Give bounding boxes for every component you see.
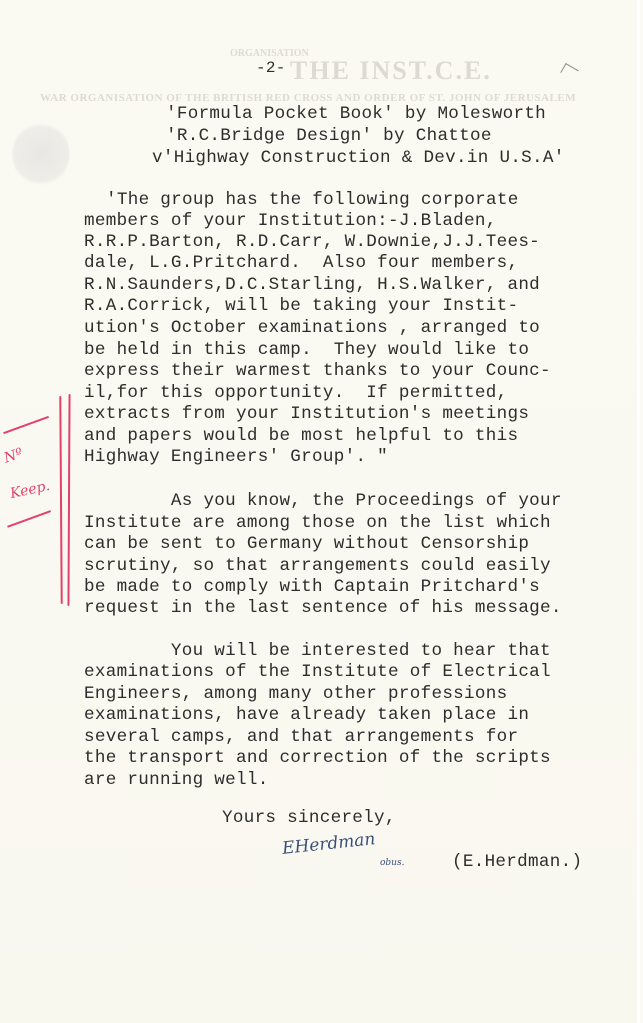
check-mark-icon: [560, 63, 578, 80]
bleed-through-seal-icon: [12, 120, 70, 188]
paragraph-1-line: members of your Institution:-J.Bladen,: [84, 211, 497, 231]
page-number: -2-: [256, 58, 286, 78]
paragraph-1-line: R.N.Saunders,D.C.Starling, H.S.Walker, a…: [84, 275, 540, 295]
paragraph-3-line: examinations of the Institute of Electri…: [84, 662, 551, 682]
margin-note: Nº: [2, 445, 25, 466]
handwritten-signature: EHerdman: [281, 829, 376, 859]
book-list-item: 'Formula Pocket Book' by Molesworth: [166, 104, 546, 124]
paragraph-1-line: extracts from your Institution's meeting…: [84, 404, 529, 424]
bleed-through-letterhead-line: WAR ORGANISATION OF THE BRITISH RED CROS…: [40, 92, 576, 104]
paragraph-3-line: the transport and correction of the scri…: [84, 748, 551, 768]
margin-red-line: [67, 394, 70, 606]
paragraph-2-line: request in the last sentence of his mess…: [84, 598, 562, 618]
paragraph-2-line: As you know, the Proceedings of your: [84, 491, 562, 511]
paragraph-3-line: examinations, have already taken place i…: [84, 705, 529, 725]
paragraph-1-line: express their warmest thanks to your Cou…: [84, 361, 551, 381]
paragraph-1-line: 'The group has the following corporate: [106, 190, 519, 210]
paragraph-2-line: be made to comply with Captain Pritchard…: [84, 577, 540, 597]
closing-salutation: Yours sincerely,: [222, 808, 396, 828]
paragraph-3-line: Engineers, among many other professions: [84, 684, 507, 704]
book-list-item: 'R.C.Bridge Design' by Chattoe: [166, 126, 492, 146]
letter-page: ORGANISATION THE INST.C.E. WAR ORGANISAT…: [0, 0, 640, 1023]
paragraph-3-line: several camps, and that arrangements for: [84, 727, 518, 747]
signatory-name: (E.Herdman.): [452, 852, 582, 872]
margin-red-stroke: [3, 416, 49, 434]
paragraph-1-line: ution's October examinations , arranged …: [84, 318, 540, 338]
paragraph-1-line: R.A.Corrick, will be taking your Instit-: [84, 296, 518, 316]
paragraph-2-line: scrutiny, so that arrangements could eas…: [84, 556, 551, 576]
paragraph-1-line: and papers would be most helpful to this: [84, 426, 518, 446]
paragraph-2-line: can be sent to Germany without Censorshi…: [84, 534, 529, 554]
paper-edge: [637, 0, 640, 1023]
paragraph-1-line: dale, L.G.Pritchard. Also four members,: [84, 253, 518, 273]
paragraph-2-line: Institute are among those on the list wh…: [84, 513, 551, 533]
paragraph-1-line: il,for this opportunity. If permitted,: [84, 383, 507, 403]
margin-red-line: [59, 396, 62, 604]
paragraph-1-line: Highway Engineers' Group'. ": [84, 447, 388, 467]
paragraph-1-line: be held in this camp. They would like to: [84, 340, 529, 360]
signature-annotation: obus.: [380, 858, 404, 868]
margin-red-stroke: [7, 510, 51, 527]
bleed-through-letterhead-title: THE INST.C.E.: [290, 56, 492, 86]
margin-note: Keep.: [9, 478, 52, 502]
paragraph-1-line: R.R.P.Barton, R.D.Carr, W.Downie,J.J.Tee…: [84, 232, 540, 252]
paragraph-3-line: You will be interested to hear that: [84, 641, 551, 661]
book-list-item: v'Highway Construction & Dev.in U.S.A': [152, 148, 565, 168]
paragraph-3-line: are running well.: [84, 770, 269, 790]
